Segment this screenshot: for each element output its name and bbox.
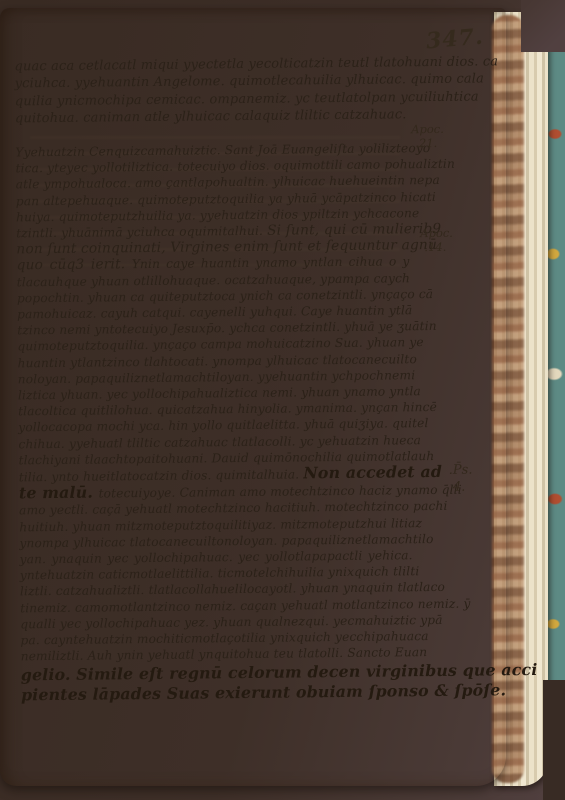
text-line: pientes lāpades Suas exierunt obuiam ſpo…	[21, 681, 414, 705]
margin-note-apoc-14: Apoc. .14.	[420, 226, 464, 254]
background-corner-bottom	[543, 680, 565, 800]
paragraph-1: quac aca cetlacatl miqui yyectetla yecol…	[14, 54, 408, 128]
margin-note-ref: Apoc.	[420, 226, 453, 240]
margin-note-num: 4.	[449, 478, 493, 495]
margin-note-ref: .P̄s.	[449, 463, 473, 478]
text-line: quitohua. caniman atle ylhuicac calaquiz…	[15, 106, 408, 128]
margin-note-ps-4: .P̄s. 4.	[449, 461, 493, 495]
margin-note-ref: Apoc.	[411, 122, 444, 136]
background-corner-top	[521, 0, 565, 52]
manuscript-page: 347. quac aca cetlacatl miqui yyectetla …	[0, 8, 506, 786]
text-area: quac aca cetlacatl miqui yyectetla yecol…	[14, 50, 471, 755]
margin-note-apoc-21: Apoc. .21.	[411, 122, 455, 150]
paragraph-2: Yyehuatzin Cenquizcamahuiztic. Sant Joā …	[15, 140, 414, 705]
photo-background: 347. quac aca cetlacatl miqui yyectetla …	[0, 0, 565, 800]
margin-note-num: .21.	[411, 136, 455, 150]
margin-note-num: .14.	[420, 240, 464, 254]
